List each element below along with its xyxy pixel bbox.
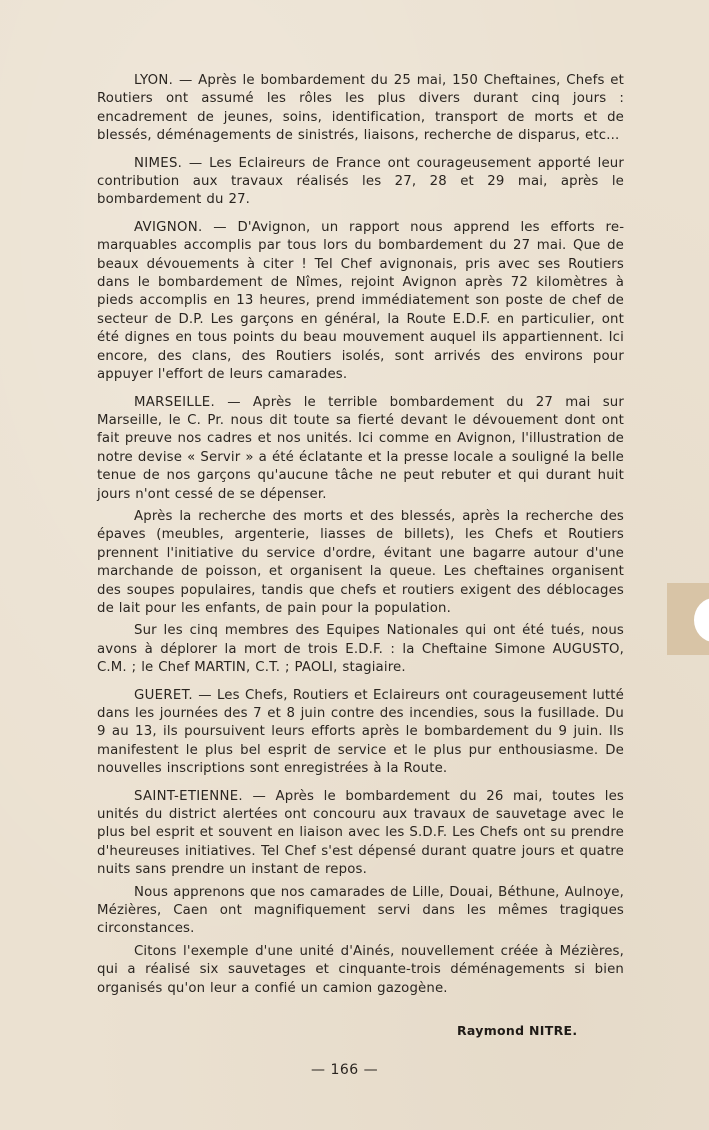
page-number: — 166 — (311, 1062, 378, 1078)
paragraph-nimes: NIMES. — Les Eclaireurs de France ont co… (97, 155, 624, 210)
paragraph-text: — D'Avignon, un rapport nous apprend les… (97, 220, 624, 382)
city-heading: NIMES. (134, 156, 182, 171)
city-heading: AVIGNON. (134, 220, 203, 235)
paragraph-text: Après la recherche des morts et des bles… (97, 509, 624, 616)
city-heading: MARSEILLE. (134, 395, 215, 410)
paragraph-marseille: MARSEILLE. — Après le terrible bombardem… (97, 394, 624, 504)
paragraph-gueret: GUERET. — Les Chefs, Routiers et Eclaire… (97, 687, 624, 779)
paragraph-marseille-recherche: Après la recherche des morts et des bles… (97, 508, 624, 618)
paragraph-saint-etienne: SAINT-ETIENNE. — Après le bombardement d… (97, 788, 624, 880)
city-heading: LYON. (134, 73, 173, 88)
article-body: LYON. — Après le bombardement du 25 mai,… (97, 72, 624, 998)
paragraph-text: Nous apprenons que nos camarades de Lill… (97, 885, 624, 937)
paragraph-marseille-victimes: Sur les cinq membres des Equipes Nationa… (97, 622, 624, 677)
document-page: LYON. — Après le bombardement du 25 mai,… (0, 0, 709, 1130)
paragraph-text: — Après le terrible bombardement du 27 m… (97, 395, 624, 502)
paragraph-avignon: AVIGNON. — D'Avignon, un rapport nous ap… (97, 219, 624, 385)
city-heading: SAINT-ETIENNE. (134, 789, 243, 804)
paragraph-text: Sur les cinq membres des Equipes Nationa… (97, 623, 624, 675)
paragraph-mezieres: Citons l'exemple d'une unité d'Ainés, no… (97, 943, 624, 998)
paragraph-text: — Après le bombardement du 25 mai, 150 C… (97, 73, 624, 143)
author-signature: Raymond NITRE. (457, 1023, 577, 1038)
paragraph-lyon: LYON. — Après le bombardement du 25 mai,… (97, 72, 624, 146)
paragraph-text: Citons l'exemple d'une unité d'Ainés, no… (97, 944, 624, 996)
city-heading: GUERET. (134, 688, 193, 703)
paragraph-camarades: Nous apprenons que nos camarades de Lill… (97, 884, 624, 939)
